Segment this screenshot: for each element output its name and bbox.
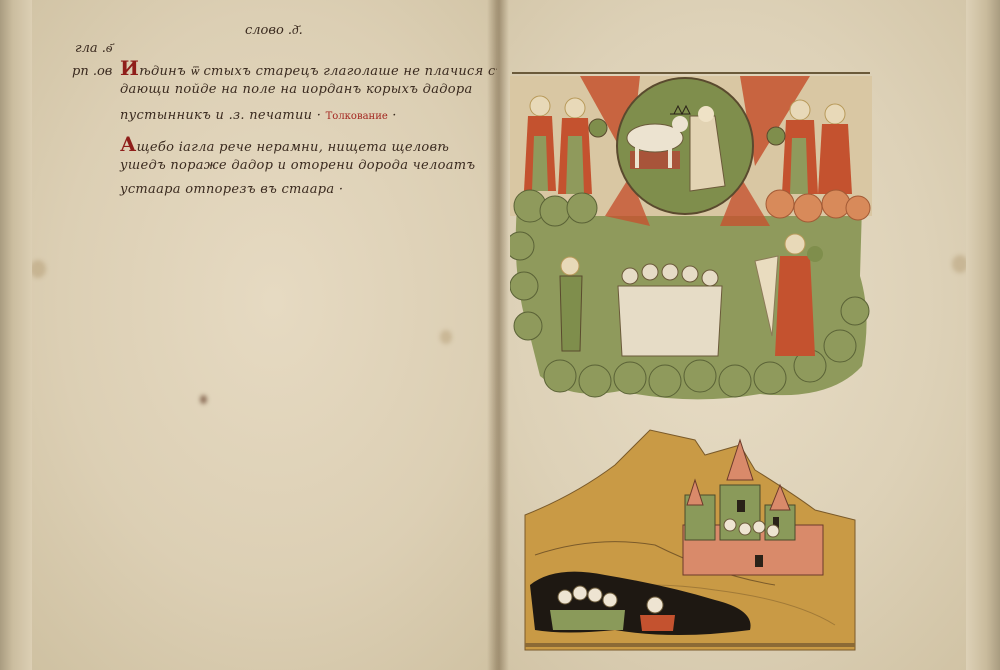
text-line: дающи пойде на поле на иорданъ корыхъ да… bbox=[120, 82, 473, 97]
text-line: Ащебо іагла рече нерамни, нищета щеловѣ bbox=[120, 132, 449, 156]
margin-note: рп .ов bbox=[72, 64, 112, 79]
left-page-edge bbox=[0, 0, 32, 670]
stain bbox=[200, 395, 207, 404]
left-page: слово .д҃. гла .ѳ҃ рп .ов Иѣдинъ ѿ стыхъ… bbox=[0, 0, 497, 670]
red-initial: И bbox=[120, 56, 139, 80]
apocalypse-scene-icon bbox=[510, 76, 872, 406]
rubric: Толкование bbox=[326, 111, 388, 122]
stain bbox=[30, 260, 46, 278]
margin-note: гла .ѳ҃ bbox=[75, 40, 112, 56]
apocalypse-illustration bbox=[510, 76, 872, 406]
stain bbox=[440, 330, 452, 344]
text-line: ушедъ пораже дадор и оторени дорода чело… bbox=[120, 158, 475, 173]
text-line: пустынникъ и .з. печатии · Толкование · bbox=[120, 108, 397, 123]
text-line: устаара отпорезъ въ стаара · bbox=[120, 182, 343, 197]
manuscript-spread: слово .д҃. гла .ѳ҃ рп .ов Иѣдинъ ѿ стыхъ… bbox=[0, 0, 1000, 670]
mountain-cave-illustration bbox=[515, 425, 860, 665]
mountain-city-scene-icon bbox=[515, 425, 860, 665]
binding-gutter bbox=[487, 0, 509, 670]
right-page-edge bbox=[966, 0, 1000, 670]
text-line: Иѣдинъ ѿ стыхъ старецъ глаголаше не плач… bbox=[120, 56, 547, 80]
red-initial: А bbox=[120, 132, 137, 156]
chapter-heading: слово .д҃. bbox=[245, 22, 303, 38]
